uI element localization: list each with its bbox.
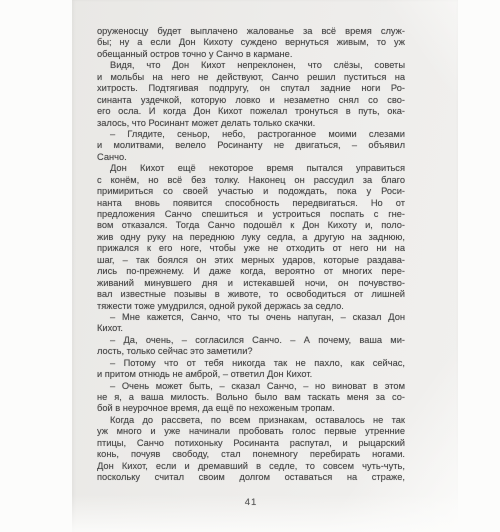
page-text: оруженосцу будет выплачено жалованье за … — [97, 26, 405, 484]
text-line: его осла. И когда Дон Кихот пожелал трон… — [97, 106, 405, 117]
page-number: 41 — [97, 497, 405, 508]
text-line: Дон Кихот ещё некоторое время пытался уп… — [97, 163, 405, 174]
book-photo: оруженосцу будет выплачено жалованье за … — [0, 0, 500, 532]
text-line: предложения Санчо спешиться и устроиться… — [97, 209, 405, 220]
paragraph: оруженосцу будет выплачено жалованье за … — [97, 26, 405, 60]
paragraph: – Мне кажется, Санчо, что ты очень напуг… — [97, 312, 405, 335]
text-line: Видя, что Дон Кихот непреклонен, что слё… — [97, 60, 405, 71]
paragraph: Дон Кихот ещё некоторое время пытался уп… — [97, 163, 405, 312]
text-line: и мольбы на него не действуют, Санчо реш… — [97, 72, 405, 83]
text-line: – Мне кажется, Санчо, что ты очень напуг… — [97, 312, 405, 323]
text-line: Санчо. — [97, 152, 405, 163]
text-line: прижался к его ноге, чтобы уже не отходи… — [97, 243, 405, 254]
text-line: Когда до рассвета, по всем признакам, ос… — [97, 415, 405, 426]
text-line: жив одну руку на переднюю луку седла, а … — [97, 232, 405, 243]
text-line: обещанный остров точно у Санчо в кармане… — [97, 49, 405, 60]
text-line: и притом отнюдь не амброй, – ответил Дон… — [97, 369, 405, 380]
text-line: поскольку считал своим долгом оставаться… — [97, 472, 405, 483]
text-line: вал известные позывы в животе, то освобо… — [97, 289, 405, 300]
text-line: бы; ну а если Дон Кихоту суждено вернуть… — [97, 37, 405, 48]
text-line: нанта вновь появится способность передви… — [97, 198, 405, 209]
text-line: залось, что Росинант может делать только… — [97, 118, 405, 129]
text-line: конь, почуяв свободу, стал понемногу пер… — [97, 449, 405, 460]
paragraph: – Глядите, сеньор, небо, растроганное мо… — [97, 129, 405, 163]
text-line: не я, а ваша милость. Вольно было вам та… — [97, 392, 405, 403]
text-line: живаний минувшего дня и истекавшей ночи,… — [97, 278, 405, 289]
text-line: синанта уздечкой, которую ловко и незаме… — [97, 95, 405, 106]
text-line: и молитвами, велело Росинанту не двигать… — [97, 140, 405, 151]
text-line: Дон Кихот, если и дремавший в седле, то … — [97, 461, 405, 472]
text-line: тяжести тоже умудрился, одной рукой держ… — [97, 301, 405, 312]
text-line: хитрость. Подтягивая подпругу, он спутал… — [97, 83, 405, 94]
text-line: с конём, но всё без толку. Наконец он ра… — [97, 175, 405, 186]
text-line: – Очень может быть, – сказал Санчо, – но… — [97, 381, 405, 392]
text-line: лись по-прежнему. И даже когда, вероятно… — [97, 266, 405, 277]
text-line: уж много и уже начинали пробовать голос … — [97, 426, 405, 437]
text-line: птицы, Санчо потихоньку Росинанта распут… — [97, 438, 405, 449]
paragraph: – Очень может быть, – сказал Санчо, – но… — [97, 381, 405, 415]
text-line: шаг, – так боялся он этих мерных ударов,… — [97, 255, 405, 266]
paragraph: – Потому что от тебя никогда так не пахл… — [97, 358, 405, 381]
text-line: Кихот. — [97, 323, 405, 334]
paragraph: – Да, очень, – согласился Санчо. – А поч… — [97, 335, 405, 358]
text-line: оруженосцу будет выплачено жалованье за … — [97, 26, 405, 37]
paragraph: Когда до рассвета, по всем признакам, ос… — [97, 415, 405, 484]
text-line: лость, только сейчас это заметили? — [97, 346, 405, 357]
text-line: бой в неурочное время, да ещё по нехожен… — [97, 403, 405, 414]
paragraph: Видя, что Дон Кихот непреклонен, что слё… — [97, 60, 405, 129]
text-line: – Да, очень, – согласился Санчо. – А поч… — [97, 335, 405, 346]
text-line: – Глядите, сеньор, небо, растроганное мо… — [97, 129, 405, 140]
text-line: вом отказался. Тогда Санчо подошёл к Дон… — [97, 220, 405, 231]
text-line: примириться со своей участью и подождать… — [97, 186, 405, 197]
text-line: – Потому что от тебя никогда так не пахл… — [97, 358, 405, 369]
